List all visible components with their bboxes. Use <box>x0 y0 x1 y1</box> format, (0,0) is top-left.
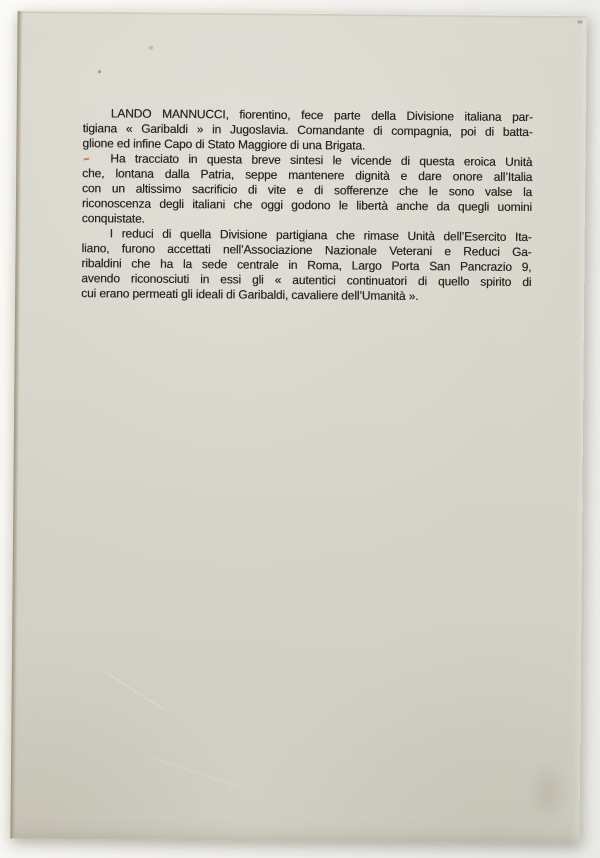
book-back-cover: LANDO MANNUCCI, fiorentino, fece parte d… <box>10 11 586 844</box>
cover-spine-edge <box>10 11 22 839</box>
age-stain <box>98 70 101 73</box>
corner-smudge <box>526 760 571 824</box>
cover-top-edge <box>18 11 587 19</box>
scratch-mark <box>153 758 239 788</box>
scratch-mark <box>107 673 167 711</box>
edge-nick <box>578 20 583 23</box>
scan-background: LANDO MANNUCCI, fiorentino, fece parte d… <box>0 0 600 858</box>
age-stain <box>304 241 306 243</box>
cover-text-block: LANDO MANNUCCI, fiorentino, fece parte d… <box>81 106 533 305</box>
age-stain <box>148 46 153 50</box>
